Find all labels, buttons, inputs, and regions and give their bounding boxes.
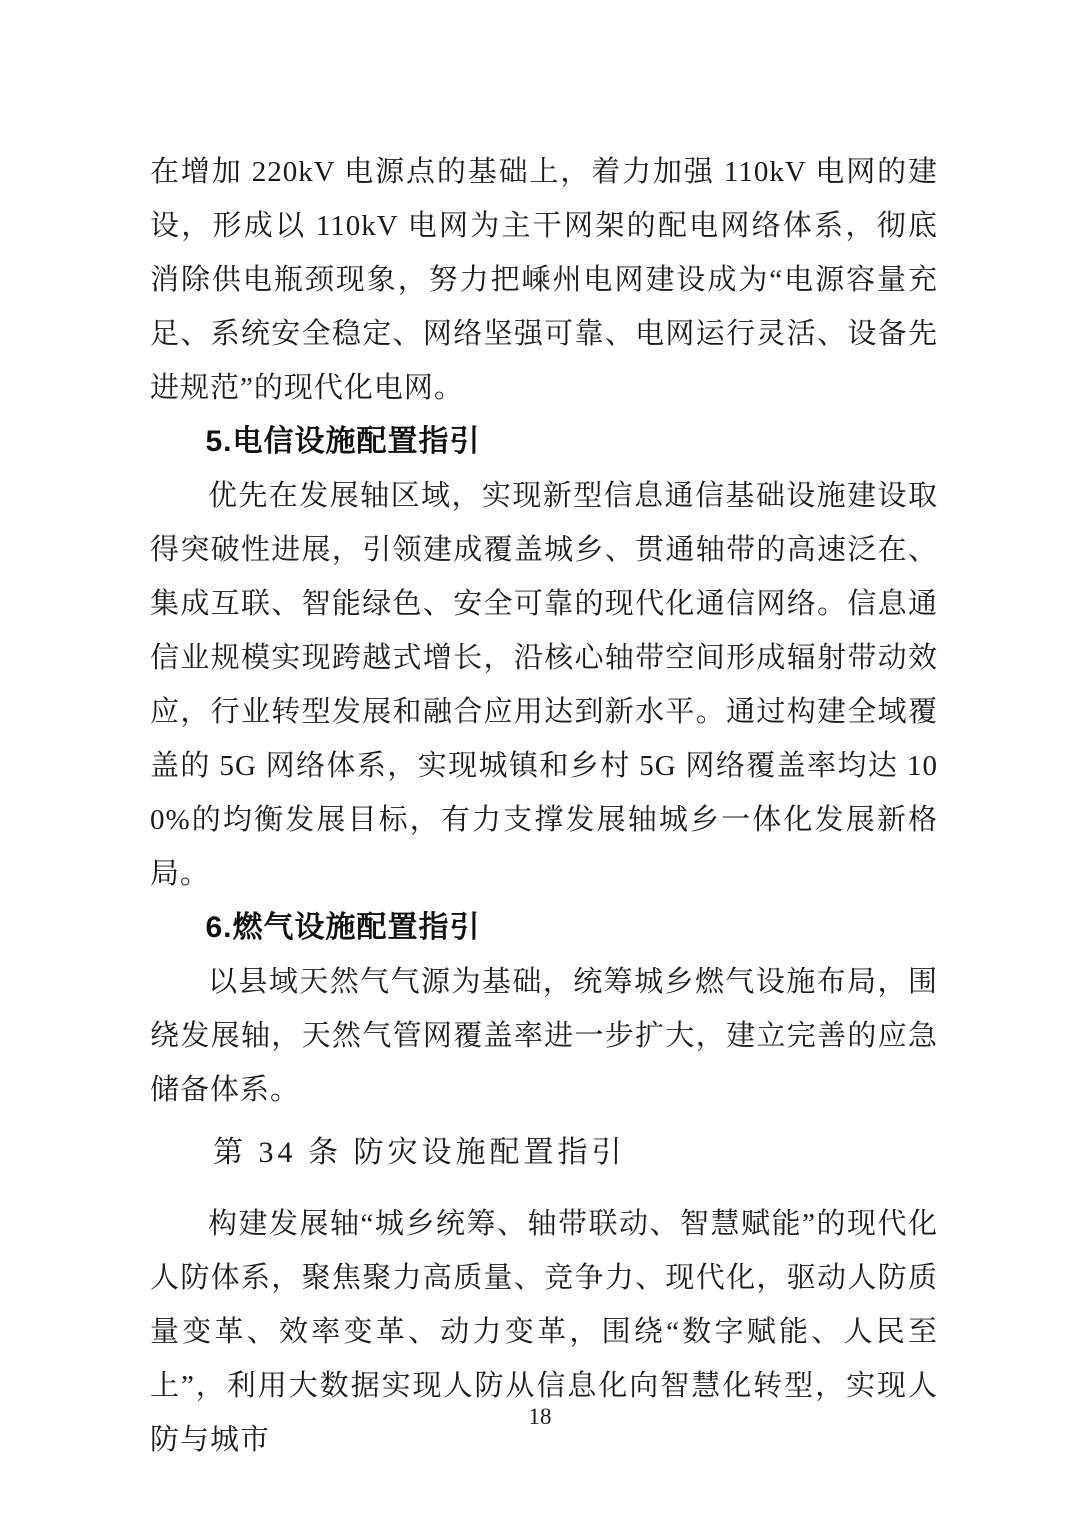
heading-telecom-facilities: 5.电信设施配置指引 bbox=[150, 415, 938, 469]
page-body-text: 在增加 220kV 电源点的基础上，着力加强 110kV 电网的建设，形成以 1… bbox=[150, 145, 938, 1467]
paragraph-gas-facilities: 以县域天然气气源为基础，统筹城乡燃气设施布局，围绕发展轴，天然气管网覆盖率进一步… bbox=[150, 955, 938, 1117]
heading-article-34-disaster-prevention: 第 34 条 防灾设施配置指引 bbox=[150, 1126, 938, 1180]
paragraph-telecom-facilities: 优先在发展轴区域，实现新型信息通信基础设施建设取得突破性进展，引领建成覆盖城乡、… bbox=[150, 469, 938, 901]
paragraph-power-grid: 在增加 220kV 电源点的基础上，着力加强 110kV 电网的建设，形成以 1… bbox=[150, 145, 938, 415]
heading-gas-facilities: 6.燃气设施配置指引 bbox=[150, 901, 938, 955]
page-footer: 18 bbox=[0, 1402, 1080, 1432]
page-number: 18 bbox=[529, 1404, 552, 1429]
document-page: 在增加 220kV 电源点的基础上，着力加强 110kV 电网的建设，形成以 1… bbox=[0, 0, 1080, 1527]
